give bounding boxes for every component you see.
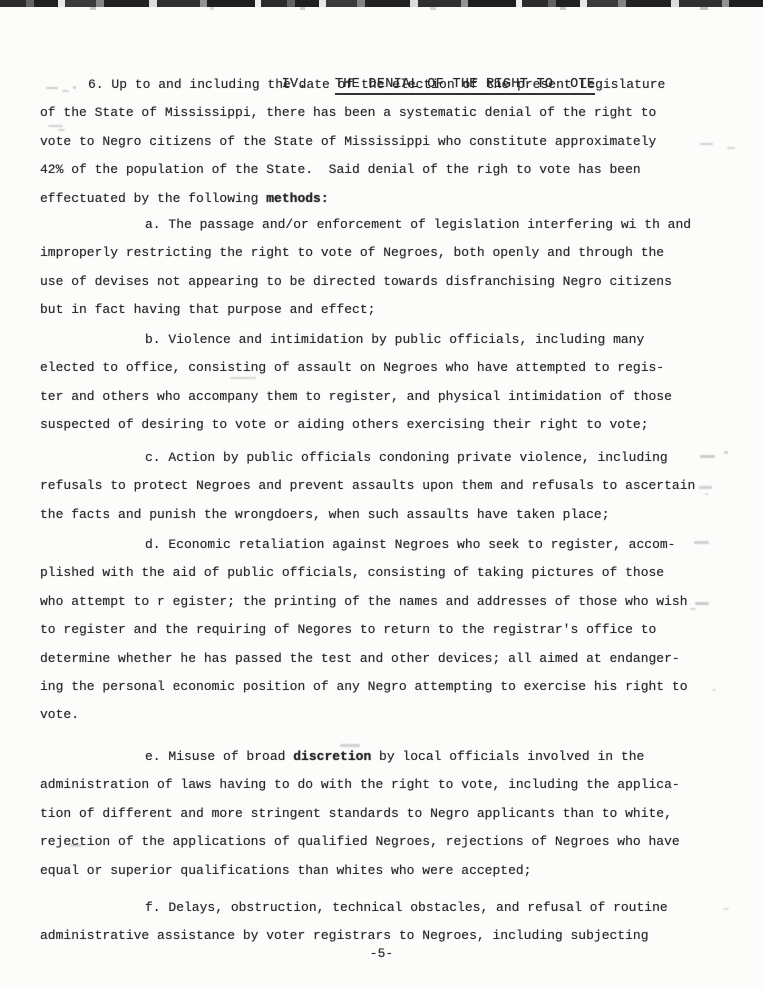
scan-artifact <box>700 143 713 145</box>
text-line: tion of different and more stringent sta… <box>40 800 743 828</box>
text-line: ing the personal economic position of an… <box>40 673 743 701</box>
scan-artifact <box>230 377 256 379</box>
scan-artifact <box>340 744 360 747</box>
text-line: f. Delays, obstruction, technical obstac… <box>40 894 743 922</box>
text-line: to register and the requiring of Negores… <box>40 616 743 644</box>
scan-edge-artifact-2 <box>0 7 763 10</box>
text-line: c. Action by public officials condoning … <box>40 444 743 472</box>
paragraph-item-e: e. Misuse of broad discretion by local o… <box>40 743 743 885</box>
page-number: -5- <box>0 946 763 962</box>
text-line: e. Misuse of broad discretion by local o… <box>40 743 743 771</box>
text-line: improperly restricting the right to vote… <box>40 239 743 267</box>
paragraph-6: 6. Up to and including the date of the e… <box>40 71 743 213</box>
text-line: but in fact having that purpose and effe… <box>40 296 743 324</box>
paragraph-item-a: a. The passage and/or enforcement of leg… <box>40 211 743 325</box>
text-line: refusals to protect Negroes and prevent … <box>40 472 743 500</box>
text-line: suspected of desiring to vote or aiding … <box>40 411 743 439</box>
paragraph-item-b: b. Violence and intimidation by public o… <box>40 326 743 440</box>
scan-artifact <box>58 129 65 131</box>
scan-artifact <box>62 90 69 92</box>
text-line: d. Economic retaliation against Negroes … <box>40 531 743 559</box>
scan-artifact <box>700 455 715 458</box>
text-line: the facts and punish the wrongdoers, whe… <box>40 501 743 529</box>
text-line: 6. Up to and including the date of the e… <box>40 71 743 99</box>
scan-artifact <box>100 196 104 198</box>
scan-edge-artifact <box>0 0 763 7</box>
text-line: vote to Negro citizens of the State of M… <box>40 128 743 156</box>
text-line: equal or superior qualifications than wh… <box>40 857 743 885</box>
scan-artifact <box>46 87 58 89</box>
text-line: administration of laws having to do with… <box>40 771 743 799</box>
document-page: IV.THE DENIAL OF THE RIGHT TO OTE 6. Up … <box>0 0 763 990</box>
text-line: rejection of the applications of qualifi… <box>40 828 743 856</box>
text-line: vote. <box>40 701 743 729</box>
text-line: of the State of Mississippi, there has b… <box>40 99 743 127</box>
scan-artifact <box>705 493 708 495</box>
scan-artifact <box>712 689 716 691</box>
text-line: use of devises not appearing to be direc… <box>40 268 743 296</box>
text-line: determine whether he has passed the test… <box>40 645 743 673</box>
scan-artifact <box>699 486 712 489</box>
scan-artifact <box>73 86 76 89</box>
scan-artifact <box>724 451 728 454</box>
text-line: 42% of the population of the State. Said… <box>40 156 743 184</box>
text-line: elected to office, consisting of assault… <box>40 354 743 382</box>
scan-artifact <box>694 541 709 544</box>
paragraph-item-f: f. Delays, obstruction, technical obstac… <box>40 894 743 951</box>
text-line: plished with the aid of public officials… <box>40 559 743 587</box>
scan-artifact <box>48 125 63 127</box>
text-line: ter and others who accompany them to reg… <box>40 383 743 411</box>
scan-artifact <box>690 608 696 610</box>
scan-artifact <box>695 602 709 605</box>
scan-artifact <box>727 147 735 149</box>
scan-artifact <box>723 908 729 910</box>
paragraph-item-d: d. Economic retaliation against Negroes … <box>40 531 743 730</box>
paragraph-item-c: c. Action by public officials condoning … <box>40 444 743 529</box>
text-line: effectuated by the following methods: <box>40 185 743 213</box>
scan-artifact <box>70 844 82 847</box>
text-line: who attempt to r egister; the printing o… <box>40 588 743 616</box>
text-line: b. Violence and intimidation by public o… <box>40 326 743 354</box>
text-line: a. The passage and/or enforcement of leg… <box>40 211 743 239</box>
